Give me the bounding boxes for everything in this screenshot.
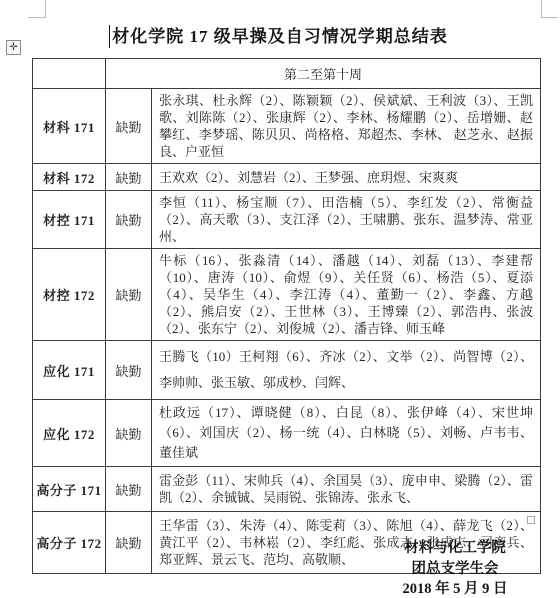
table-row: 高分子 171 缺勤 雷金彭（11）、宋帅兵（4）、余国昊（3）、庞申申、梁腾（…: [33, 467, 541, 512]
signature-block: 材料与化工学院 团总支学生会 2018 年 5 月 9 日: [330, 538, 560, 598]
status-cell: 缺勤: [106, 89, 152, 164]
status-cell: 缺勤: [106, 249, 152, 341]
class-cell: 高分子 172: [33, 512, 106, 574]
summary-table: 第二至第十周 材科 171 缺勤 张永琪、杜永辉（2）、陈颖颖（2）、侯斌斌、王…: [32, 58, 541, 574]
names-cell: 王欢欢（2）、刘慧岩（2）、王梦强、庶玥煜、宋爽爽: [152, 164, 541, 191]
class-cell: 应化 171: [33, 341, 106, 400]
page-margin-mark-top-right: [541, 0, 558, 18]
names-cell: 杜政远（17）、谭晓健（8）、白昆（8）、张伊峰（4）、宋世坤（6）、刘国庆（2…: [152, 400, 541, 467]
table-resize-handle[interactable]: [527, 516, 535, 524]
class-cell: 应化 172: [33, 400, 106, 467]
table-row: 材科 172 缺勤 王欢欢（2）、刘慧岩（2）、王梦强、庶玥煜、宋爽爽: [33, 164, 541, 191]
header-week-span-cell: 第二至第十周: [106, 59, 541, 89]
status-cell: 缺勤: [106, 400, 152, 467]
signature-date: 2018 年 5 月 9 日: [330, 579, 560, 598]
status-cell: 缺勤: [106, 341, 152, 400]
table-row: 材控 172 缺勤 牛标（16）、张淼清（14）、潘越（14）、刘磊（13）、李…: [33, 249, 541, 341]
signature-org-line2: 团总支学生会: [330, 559, 560, 580]
signature-org-line1: 材料与化工学院: [330, 538, 560, 559]
document-title: 材化学院 17 级早操及自习情况学期总结表: [0, 22, 560, 47]
class-cell: 材控 171: [33, 191, 106, 249]
status-cell: 缺勤: [106, 191, 152, 249]
class-cell: 材科 172: [33, 164, 106, 191]
names-cell: 王腾飞（10）王柯翔（6）、齐冰（2）、文举（2）、尚智博（2）、李帅帅、张玉敏…: [152, 341, 541, 400]
page-margin-mark-top-left: [28, 0, 46, 18]
table-row: 应化 171 缺勤 王腾飞（10）王柯翔（6）、齐冰（2）、文举（2）、尚智博（…: [33, 341, 541, 400]
names-cell: 张永琪、杜永辉（2）、陈颖颖（2）、侯斌斌、王利波（3）、王凯歌、刘陈陈（2）、…: [152, 89, 541, 164]
status-cell: 缺勤: [106, 512, 152, 574]
class-cell: 材科 171: [33, 89, 106, 164]
table-row: 材控 171 缺勤 李恒（11）、杨宝顺（7）、田浩楠（5）、李红发（2）、常衡…: [33, 191, 541, 249]
class-cell: 高分子 171: [33, 467, 106, 512]
status-cell: 缺勤: [106, 164, 152, 191]
table-header-row: 第二至第十周: [33, 59, 541, 89]
status-cell: 缺勤: [106, 467, 152, 512]
names-cell: 李恒（11）、杨宝顺（7）、田浩楠（5）、李红发（2）、常衡益（2）、高天歌（3…: [152, 191, 541, 249]
header-empty-cell: [33, 59, 106, 89]
names-cell: 雷金彭（11）、宋帅兵（4）、余国昊（3）、庞申申、梁腾（2）、雷凯（2）、余铖…: [152, 467, 541, 512]
table-row: 应化 172 缺勤 杜政远（17）、谭晓健（8）、白昆（8）、张伊峰（4）、宋世…: [33, 400, 541, 467]
table-row: 材科 171 缺勤 张永琪、杜永辉（2）、陈颖颖（2）、侯斌斌、王利波（3）、王…: [33, 89, 541, 164]
names-cell: 牛标（16）、张淼清（14）、潘越（14）、刘磊（13）、李建帮（10）、唐涛（…: [152, 249, 541, 341]
class-cell: 材控 172: [33, 249, 106, 341]
